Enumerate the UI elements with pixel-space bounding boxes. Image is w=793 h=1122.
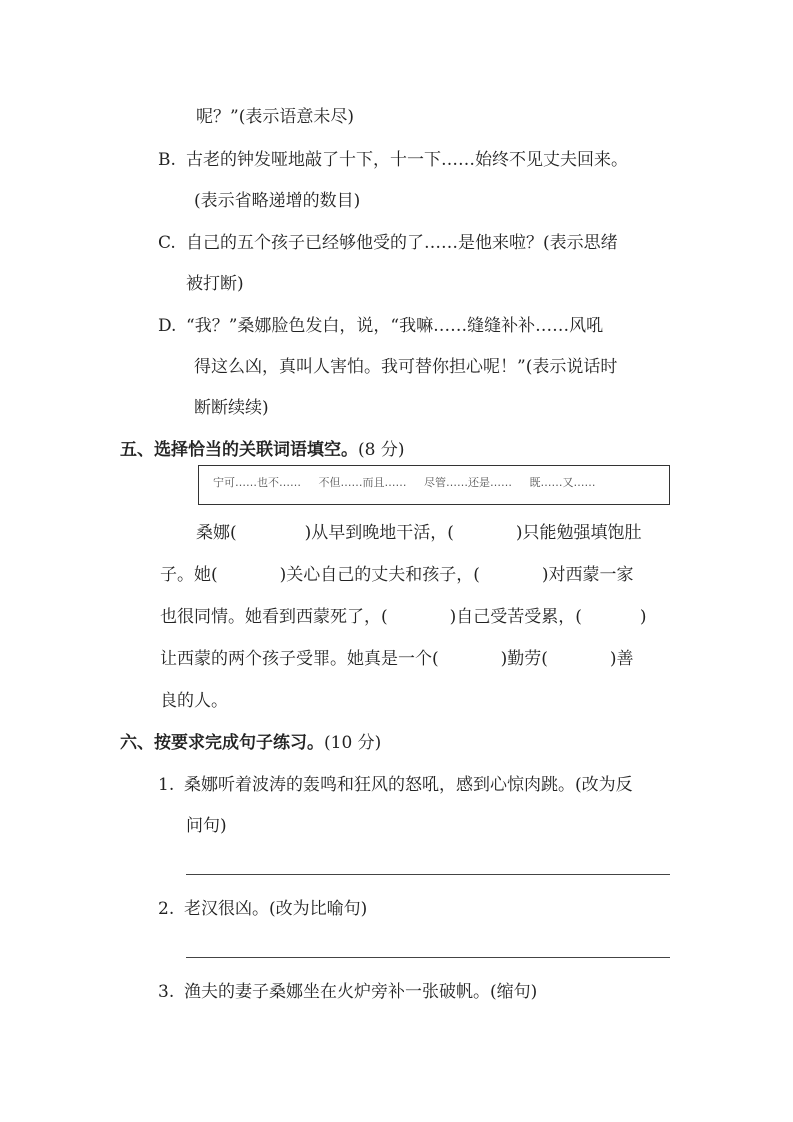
section5-score: (8 分) bbox=[358, 440, 404, 460]
fill-line-5: 良的人。 bbox=[160, 690, 228, 712]
option-c-line2: 被打断) bbox=[186, 273, 244, 295]
word-bank-item: 既……又…… bbox=[530, 476, 596, 489]
section5-title: 五、选择恰当的关联词语填空。 bbox=[120, 440, 358, 460]
word-bank-item: 宁可……也不…… bbox=[213, 476, 301, 489]
option-b-label: B. bbox=[158, 149, 176, 171]
fill-line-1: 桑娜()从早到晚地干活，()只能勉强填饱肚 bbox=[196, 522, 642, 544]
item-1-line2: 问句) bbox=[186, 815, 227, 837]
item-3-line1: 渔夫的妻子桑娜坐在火炉旁补一张破帆。(缩句) bbox=[184, 981, 537, 1003]
item-3-number: 3. bbox=[158, 981, 174, 1003]
option-b-line1: 古老的钟发哑地敲了十下，十一下……始终不见丈夫回来。 bbox=[186, 149, 628, 171]
option-c-label: C. bbox=[158, 232, 176, 254]
item-2-number: 2. bbox=[158, 898, 174, 920]
word-bank-item: 尽管……还是…… bbox=[424, 476, 512, 489]
item-2-line1: 老汉很凶。(改为比喻句) bbox=[184, 898, 367, 920]
fill-line-2: 子。她()关心自己的丈夫和孩子，()对西蒙一家 bbox=[160, 564, 634, 586]
word-bank-item: 不但……而且…… bbox=[319, 476, 407, 489]
option-d-label: D. bbox=[158, 315, 176, 337]
word-bank: 宁可……也不…… 不但……而且…… 尽管……还是…… 既……又…… bbox=[213, 474, 610, 490]
answer-line-2[interactable] bbox=[186, 957, 670, 958]
answer-line-1[interactable] bbox=[186, 874, 670, 875]
option-c-line1: 自己的五个孩子已经够他受的了……是他来啦？(表示思绪 bbox=[186, 232, 618, 254]
section6-score: (10 分) bbox=[324, 733, 381, 753]
fill-line-3: 也很同情。她看到西蒙死了，()自己受苦受累，() bbox=[160, 606, 647, 628]
word-bank-box: 宁可……也不…… 不但……而且…… 尽管……还是…… 既……又…… bbox=[198, 465, 670, 505]
item-1-number: 1. bbox=[158, 774, 174, 796]
section5-heading: 五、选择恰当的关联词语填空。(8 分) bbox=[120, 439, 404, 461]
option-a-tail: 呢？”(表示语意未尽) bbox=[196, 106, 354, 128]
option-d-line1: “我？”桑娜脸色发白，说，“我嘛……缝缝补补……风吼 bbox=[186, 315, 603, 337]
option-b-line2: (表示省略递增的数目) bbox=[194, 190, 360, 212]
option-d-line2: 得这么凶，真叫人害怕。我可替你担心呢！”(表示说话时 bbox=[194, 356, 617, 378]
fill-line-4: 让西蒙的两个孩子受罪。她真是一个()勤劳()善 bbox=[160, 648, 634, 670]
item-1-line1: 桑娜听着波涛的轰鸣和狂风的怒吼，感到心惊肉跳。(改为反 bbox=[184, 774, 633, 796]
section6-title: 六、按要求完成句子练习。 bbox=[120, 733, 324, 753]
option-d-line3: 断断续续) bbox=[194, 397, 269, 419]
section6-heading: 六、按要求完成句子练习。(10 分) bbox=[120, 732, 381, 754]
